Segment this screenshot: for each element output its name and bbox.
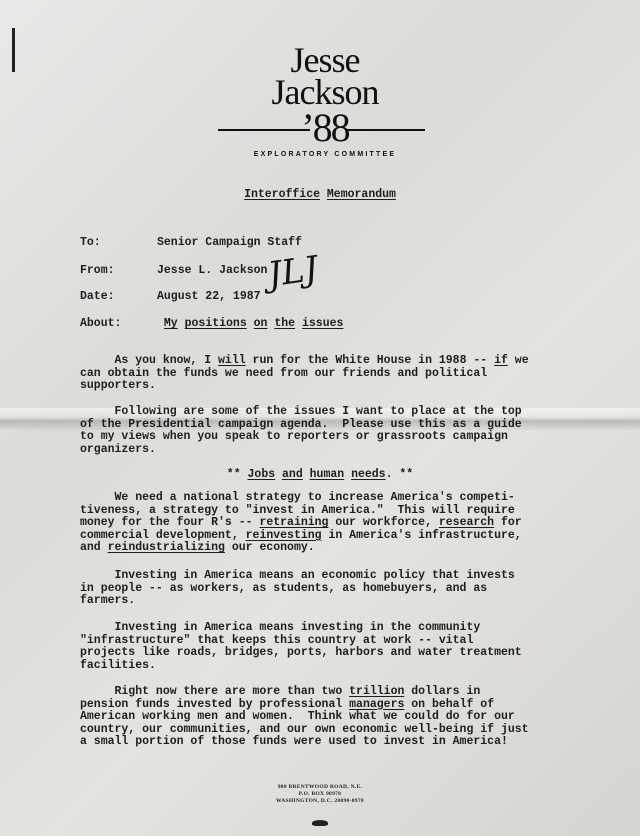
union-bug-icon [312, 820, 328, 826]
paragraph-issues-list: Following are some of the issues I want … [80, 406, 580, 456]
text-line: in people -- as workers, as students, as… [80, 583, 580, 596]
letterhead-rule-right [345, 129, 425, 131]
underlined-word: research [439, 516, 494, 529]
address-city: WASHINGTON, D.C. 20090-0970 [0, 798, 640, 805]
date-label: Date: [80, 290, 157, 303]
about-word: My [164, 317, 178, 330]
date-value: August 22, 1987 [157, 290, 261, 303]
about-label: About: [80, 317, 157, 330]
underlined-word: managers [349, 698, 404, 711]
about-word: the [274, 317, 295, 330]
memo-about-row: About: My positions on the issues [80, 317, 343, 330]
paragraph-national-strategy: We need a national strategy to increase … [80, 492, 580, 555]
underlined-word: will [218, 354, 246, 367]
letterhead-last-name: Jackson [200, 76, 450, 108]
memo-title: Interoffice Memorandum [0, 188, 640, 201]
text-line: American working men and women. Think wh… [80, 711, 580, 724]
text-line: As you know, I will run for the White Ho… [80, 355, 580, 368]
margin-pen-mark [12, 28, 15, 72]
letterhead-year: ’88 [200, 108, 450, 148]
address-po-box: P.O. BOX 90970 [0, 791, 640, 798]
text-line: Investing in America means an economic p… [80, 570, 580, 583]
text-line: supporters. [80, 380, 580, 393]
underlined-word: trillion [349, 685, 404, 698]
paragraph-intro: As you know, I will run for the White Ho… [80, 355, 580, 393]
memo-page: Jesse Jackson ’88 EXPLORATORY COMMITTEE … [0, 0, 640, 836]
from-value: Jesse L. Jackson [157, 264, 267, 277]
text-line: and reindustrializing our economy. [80, 542, 580, 555]
section-heading-suffix: . ** [386, 468, 414, 481]
section-heading-prefix: ** [227, 468, 248, 481]
section-heading-jobs: ** Jobs and human needs. ** [0, 468, 640, 481]
to-label: To: [80, 236, 157, 249]
paragraph-invest-in-people: Investing in America means an economic p… [80, 570, 580, 608]
section-heading-word: needs [351, 468, 386, 481]
about-word: on [254, 317, 268, 330]
text-line: Following are some of the issues I want … [80, 406, 580, 419]
paragraph-pension-funds: Right now there are more than two trilli… [80, 686, 580, 749]
to-value: Senior Campaign Staff [157, 236, 302, 249]
text-line: projects like roads, bridges, ports, har… [80, 647, 580, 660]
text-line: organizers. [80, 444, 580, 457]
text-line: Investing in America means investing in … [80, 622, 580, 635]
memo-from-row: From:Jesse L. Jackson [80, 264, 267, 277]
section-heading-word: Jobs [248, 468, 276, 481]
memo-to-row: To:Senior Campaign Staff [80, 236, 302, 249]
memo-title-word: Memorandum [327, 188, 396, 201]
letterhead-committee: EXPLORATORY COMMITTEE [200, 151, 450, 158]
text-line: We need a national strategy to increase … [80, 492, 580, 505]
text-line: a small portion of those funds were used… [80, 736, 580, 749]
text-line: facilities. [80, 660, 580, 673]
letterhead-rule-left [218, 129, 310, 131]
text-line: farmers. [80, 595, 580, 608]
address-street: 900 BRENTWOOD ROAD, N.E. [0, 784, 640, 791]
about-word: positions [185, 317, 247, 330]
underlined-word: reinvesting [246, 529, 322, 542]
text-line: Right now there are more than two trilli… [80, 686, 580, 699]
section-heading-word: and [282, 468, 303, 481]
about-value: My positions on the issues [157, 317, 343, 330]
underlined-word: if [494, 354, 508, 367]
letterhead-footer-address: 900 BRENTWOOD ROAD, N.E. P.O. BOX 90970 … [0, 784, 640, 805]
from-label: From: [80, 264, 157, 277]
underlined-word: reindustrializing [108, 541, 225, 554]
text-line: money for the four R's -- retraining our… [80, 517, 580, 530]
handwritten-signature-initials: JLJ [265, 249, 320, 296]
memo-date-row: Date:August 22, 1987 [80, 290, 261, 303]
letterhead: Jesse Jackson ’88 EXPLORATORY COMMITTEE [200, 44, 450, 158]
about-word: issues [302, 317, 343, 330]
text-line: to my views when you speak to reporters … [80, 431, 580, 444]
section-heading-word: human [310, 468, 345, 481]
paragraph-infrastructure: Investing in America means investing in … [80, 622, 580, 672]
memo-title-word: Interoffice [244, 188, 320, 201]
underlined-word: retraining [259, 516, 328, 529]
